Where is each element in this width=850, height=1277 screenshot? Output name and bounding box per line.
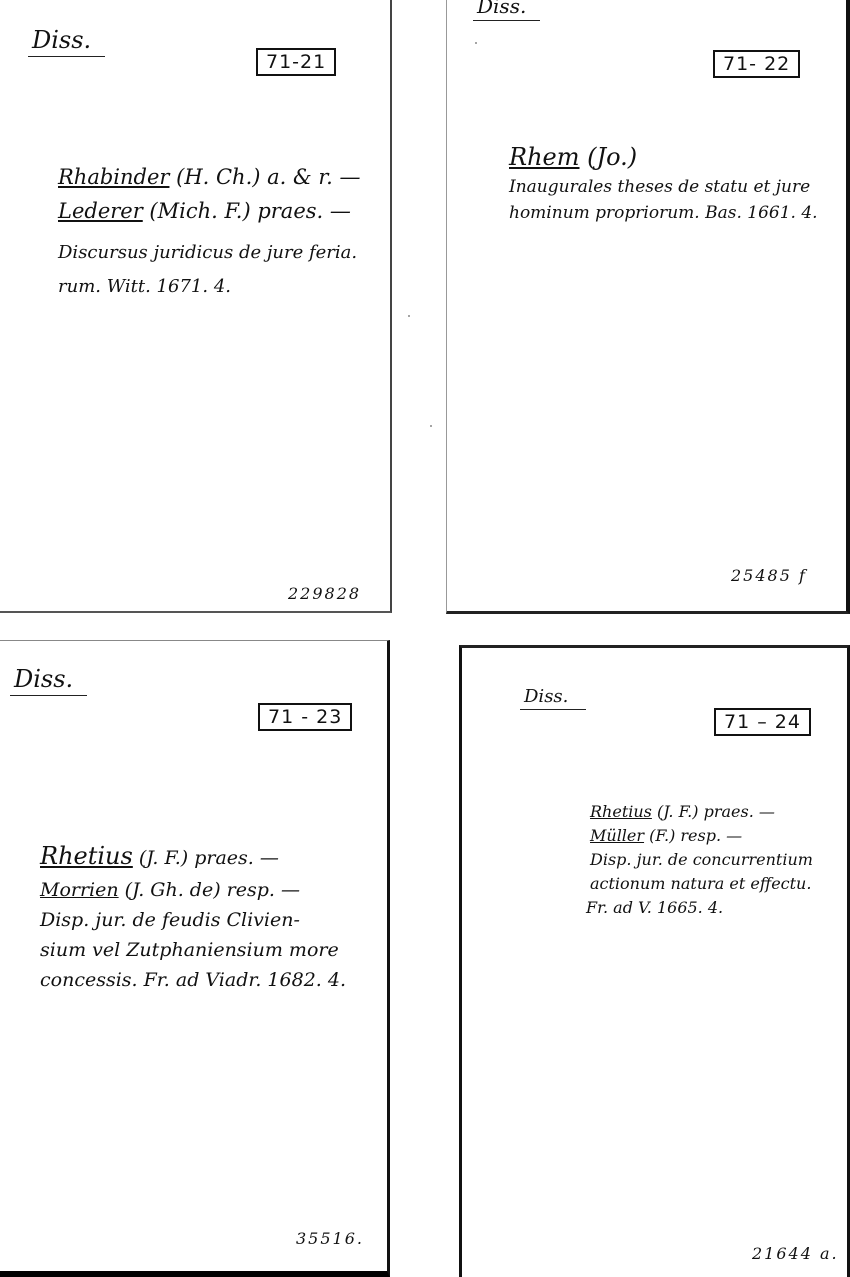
card-abbreviation: Diss. [473,0,540,21]
call-number-box: 71- 22 [713,50,800,78]
entry-line: Morrien (J. Gh. de) resp. — [40,875,346,905]
card-abbreviation: Diss. [10,665,87,696]
entry-line: Inaugurales theses de statu et jure [509,174,818,200]
catalog-card-71-21: Diss. 71-21 Rhabinder (H. Ch.) a. & r. —… [0,0,392,613]
call-number-box: 71-21 [256,48,336,76]
entry-line: Disp. jur. de concurrentium [590,848,813,872]
paper-speck [475,42,477,44]
card-abbreviation: Diss. [28,26,105,57]
entry-line: hominum propriorum. Bas. 1661. 4. [509,200,818,226]
entry-line: Rhetius (J. F.) praes. — [40,839,346,875]
entry-line: Lederer (Mich. F.) praes. — [58,194,360,228]
entry-line: concessis. Fr. ad Viadr. 1682. 4. [40,965,346,995]
accession-number: 21644 a. [752,1244,839,1263]
call-number-box: 71 - 23 [258,703,352,731]
entry-line: Rhabinder (H. Ch.) a. & r. — [58,160,360,194]
entry-line: sium vel Zutphaniensium more [40,935,346,965]
accession-number: 229828 [288,584,361,603]
entry-line: Müller (F.) resp. — [590,824,813,848]
entry-line: Disp. jur. de feudis Clivien- [40,905,346,935]
entry-line: rum. Witt. 1671. 4. [58,270,360,304]
entry-line: Rhem (Jo.) [509,140,818,174]
entry-line: Fr. ad V. 1665. 4. [586,896,813,920]
catalog-entry: Rhetius (J. F.) praes. — Morrien (J. Gh.… [40,839,346,995]
entry-line: Rhetius (J. F.) praes. — [590,800,813,824]
entry-line: Discursus juridicus de jure feria. [58,236,360,270]
accession-number: 35516. [296,1229,364,1248]
catalog-entry: Rhem (Jo.) Inaugurales theses de statu e… [509,140,818,226]
accession-number: 25485 f [731,566,807,585]
paper-speck [408,315,410,317]
call-number-box: 71 – 24 [714,708,811,736]
catalog-card-71-23: Diss. 71 - 23 Rhetius (J. F.) praes. — M… [0,640,390,1277]
paper-speck [430,425,432,427]
card-abbreviation: Diss. [520,686,586,710]
catalog-card-71-24: Diss. 71 – 24 Rhetius (J. F.) praes. — M… [459,645,850,1277]
entry-line: actionum natura et effectu. [590,872,813,896]
catalog-card-71-22: Diss. 71- 22 Rhem (Jo.) Inaugurales thes… [446,0,850,614]
catalog-entry: Rhabinder (H. Ch.) a. & r. — Lederer (Mi… [58,160,360,304]
catalog-entry: Rhetius (J. F.) praes. — Müller (F.) res… [590,800,813,920]
